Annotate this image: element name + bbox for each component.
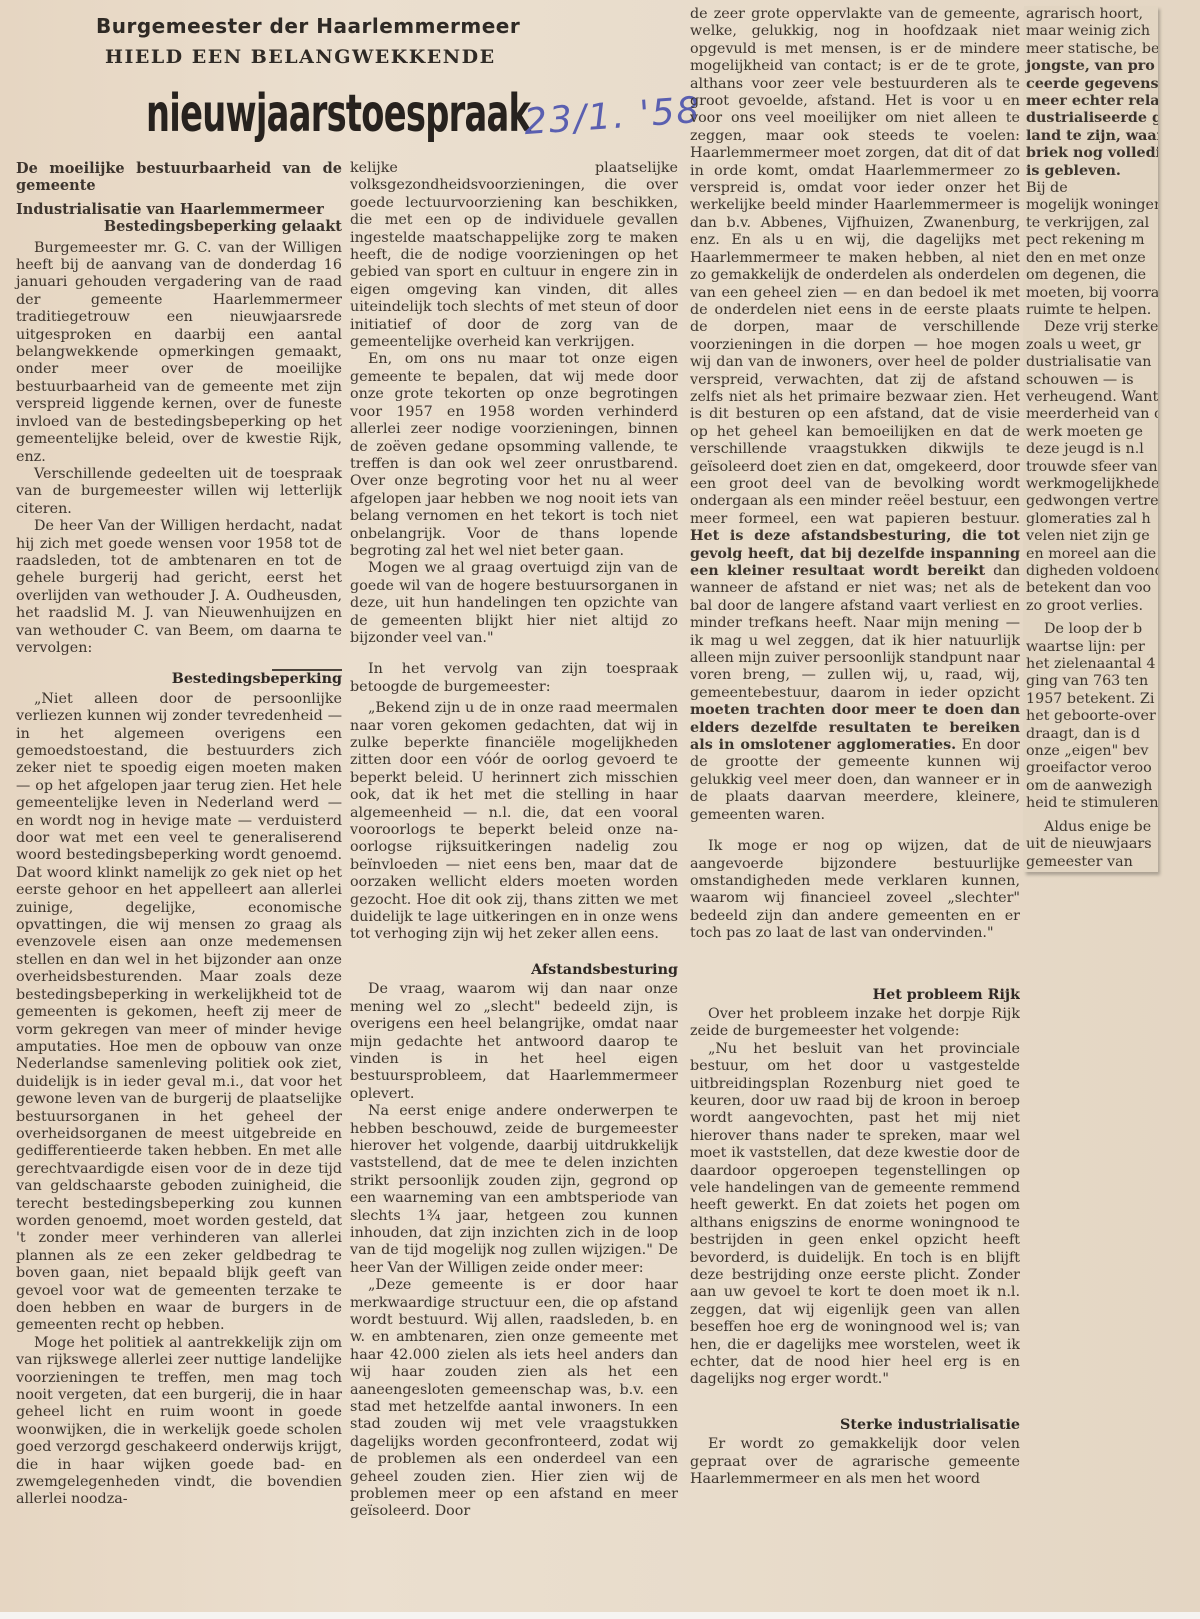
article-column-2: kelijke plaatselijke volksgezondheidsvoo… — [350, 160, 678, 1521]
text-line: digheden voldoend — [1026, 563, 1158, 580]
paragraph: „Bekend zijn u de in onze raad meermalen… — [350, 700, 678, 944]
text-line: ceerde gegevens, — [1026, 76, 1158, 93]
paragraph: „Nu het besluit van het provinciale best… — [690, 1041, 1020, 1389]
text-line: maar weinig zich — [1026, 23, 1158, 40]
text-line: pect rekening m — [1026, 232, 1158, 249]
text-line: werk moeten ge — [1026, 424, 1158, 441]
text-line: gedwongen vertre — [1026, 493, 1158, 510]
main-headline: nieuwjaarstoespraak — [146, 82, 530, 146]
paragraph: Moge het politiek al aantrekkelijk zijn … — [16, 1335, 342, 1509]
text-line: ruimte te helpen. — [1026, 302, 1158, 319]
subhead-afstandsbesturing: Afstandsbesturing — [350, 962, 678, 979]
paragraph: Mogen we al graag overtuigd zijn van de … — [350, 560, 678, 647]
text-line: waartse lijn: per — [1026, 639, 1158, 656]
text-line: uit de nieuwjaars — [1026, 836, 1158, 853]
subhead-bestedingsbeperking-gelaakt: Bestedingsbeperking gelaakt — [16, 218, 342, 235]
text-line: glomeraties zal h — [1026, 511, 1158, 528]
paragraph: De heer Van der Willigen herdacht, nadat… — [16, 518, 342, 657]
bold-emphasis: Het is deze afstandsbesturing, die tot g… — [690, 528, 1020, 579]
text-line: onze „eigen" bev — [1026, 743, 1158, 760]
text-line: land te zijn, waar — [1026, 128, 1158, 145]
text-line: deze jeugd is n.l — [1026, 441, 1158, 458]
text-line: en moreel aan die — [1026, 546, 1158, 563]
text-line: 1957 betekent. Zi — [1026, 691, 1158, 708]
paragraph: „Deze gemeente is er door haar merkwaard… — [350, 1277, 678, 1521]
text-line: mogelijk woningen — [1026, 197, 1158, 214]
text-line: meer statische, be — [1026, 41, 1158, 58]
text-line: dustrialisatie van — [1026, 354, 1158, 371]
paragraph: En, om ons nu maar tot onze eigen gemeen… — [350, 351, 678, 560]
text-line: ging van 763 ten — [1026, 673, 1158, 690]
paragraph: de zeer grote oppervlakte van de gemeent… — [690, 6, 1020, 824]
text-line: Aldus enige be — [1026, 819, 1158, 836]
text-line: Deze vrij sterke — [1026, 319, 1158, 336]
text-line: briek nog volledig — [1026, 145, 1158, 162]
kicker-headline: Burgemeester der Haarlemmermeer — [96, 14, 616, 38]
text-line: gemeester van — [1026, 854, 1158, 871]
text-line: meer echter relat — [1026, 93, 1158, 110]
secondary-headline: HIELD EEN BELANGWEKKENDE — [105, 46, 625, 68]
text-line: schouwen — is — [1026, 372, 1158, 389]
paragraph: Over het probleem inzake het dorpje Rijk… — [690, 1006, 1020, 1041]
paragraph: kelijke plaatselijke volksgezondheidsvoo… — [350, 160, 678, 351]
text-line: het geboorte-over — [1026, 708, 1158, 725]
text-line: het zielenaantal 4 — [1026, 656, 1158, 673]
article-column-3: de zeer grote oppervlakte van de gemeent… — [690, 6, 1020, 1489]
text-line: groeifactor veroo — [1026, 760, 1158, 777]
subhead-bestedingsbeperking: Bestedingsbeperking — [16, 671, 342, 688]
paragraph: In het vervolg van zijn toespraak betoog… — [350, 661, 678, 696]
paragraph: Ik moge er nog op wijzen, dat de aangevo… — [690, 838, 1020, 942]
text-line: draagt, dan is d — [1026, 726, 1158, 743]
text-line: dustrialiseerde ge — [1026, 110, 1158, 127]
text-line: jongste, van pro — [1026, 58, 1158, 75]
text-line: te verkrijgen, zal — [1026, 215, 1158, 232]
paragraph: Burgemeester mr. G. C. van der Willigen … — [16, 240, 342, 466]
subhead-probleem-rijk: Het probleem Rijk — [690, 987, 1020, 1004]
text-line: G. C. van der Wi — [1026, 871, 1158, 872]
paragraph: Na eerst enige andere onderwerpen te heb… — [350, 1103, 678, 1277]
text-line: moeten, bij voorra — [1026, 285, 1158, 302]
paragraph: Er wordt zo gemakkelijk door velen gepra… — [690, 1436, 1020, 1488]
article-column-1: De moeilijke bestuurbaarheid van de geme… — [16, 160, 342, 1509]
text-line: meerderheid van o — [1026, 406, 1158, 423]
subhead-bestuurbaarheid: De moeilijke bestuurbaarheid van de geme… — [16, 160, 342, 195]
article-column-4-clipping: agrarisch hoort,maar weinig zichmeer sta… — [1024, 6, 1158, 872]
paragraph: Verschillende gedeelten uit de toespraak… — [16, 466, 342, 518]
text-line: Bij de — [1026, 180, 1158, 197]
text-line: verheugend. Want — [1026, 389, 1158, 406]
text-line: is gebleven. — [1026, 163, 1158, 180]
text-line: om degenen, die — [1026, 267, 1158, 284]
text-line: om de aanwezigh — [1026, 778, 1158, 795]
text-line: agrarisch hoort, — [1026, 6, 1158, 23]
text-line: den en met onze — [1026, 250, 1158, 267]
text-line: betekent dan voo — [1026, 580, 1158, 597]
scan-edge — [0, 1612, 1200, 1619]
text-line: zo groot verlies. — [1026, 598, 1158, 615]
subhead-sterke-industrialisatie: Sterke industrialisatie — [690, 1417, 1020, 1434]
text-line: heid te stimuleren — [1026, 795, 1158, 812]
text-line: zoals u weet, gr — [1026, 337, 1158, 354]
text-line: werkmogelijkhede — [1026, 476, 1158, 493]
article-column-4: agrarisch hoort,maar weinig zichmeer sta… — [1026, 6, 1158, 872]
subhead-industrialisatie: Industrialisatie van Haarlemmermeer — [16, 201, 342, 218]
paragraph: De vraag, waarom wij dan naar onze menin… — [350, 981, 678, 1103]
text-line: velen niet zijn ge — [1026, 528, 1158, 545]
paragraph: „Niet alleen door de persoonlijke verlie… — [16, 691, 342, 1335]
text-line: trouwde sfeer van — [1026, 459, 1158, 476]
text-line: De loop der b — [1026, 621, 1158, 638]
